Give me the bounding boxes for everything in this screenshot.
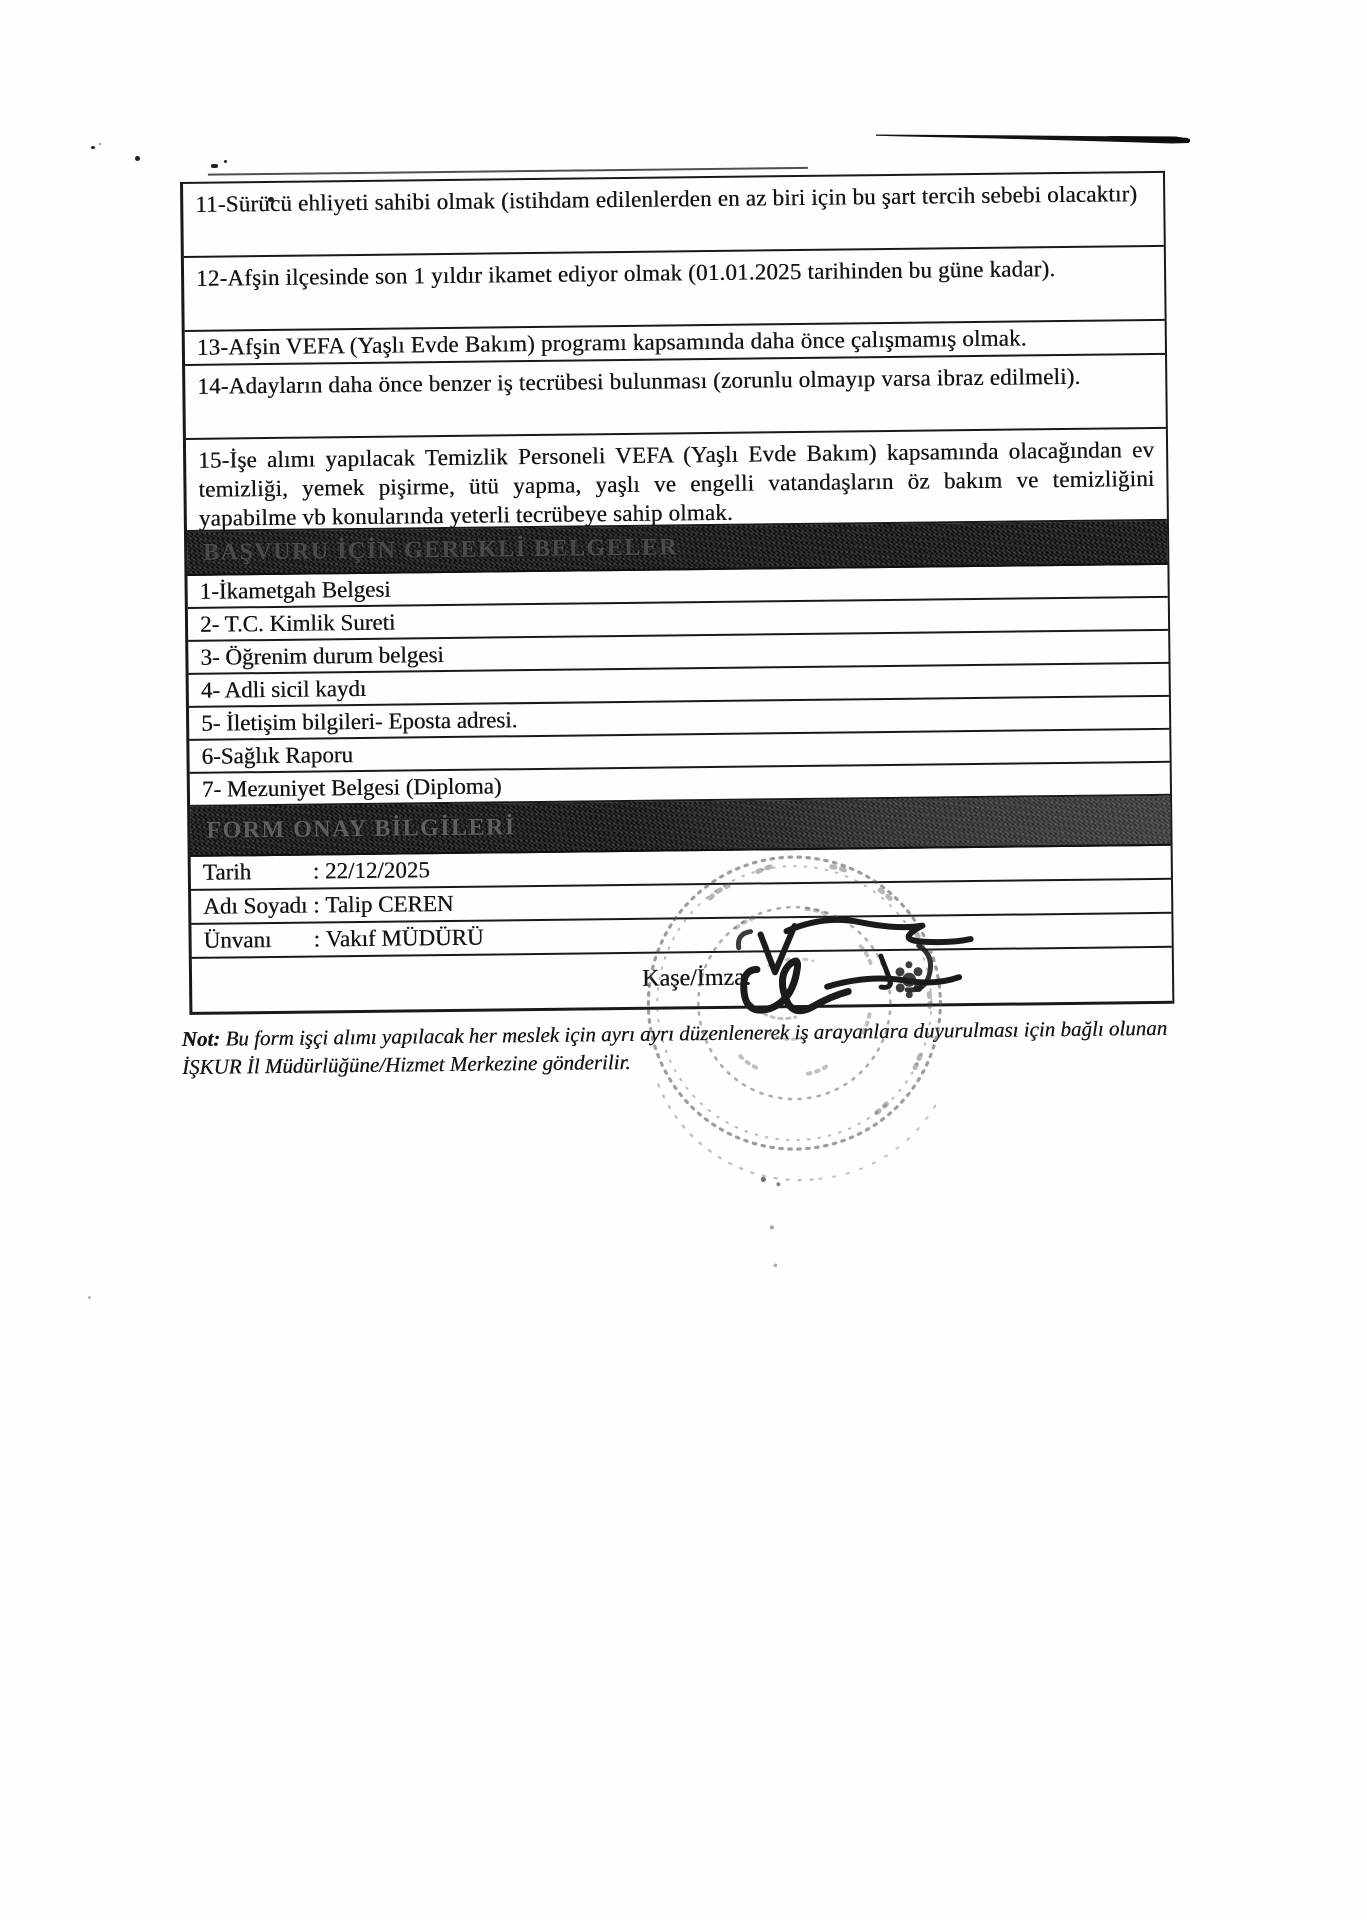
condition-item-15: 15-İşe alımı yapılacak Temizlik Personel… bbox=[186, 429, 1167, 532]
section-header-label: BAŞVURU İÇİN GEREKLİ BELGELER bbox=[203, 534, 678, 566]
scan-streak bbox=[876, 130, 1192, 148]
scan-speck bbox=[224, 160, 227, 163]
section-header-label: FORM ONAY BİLGİLERİ bbox=[206, 814, 516, 845]
field-colon: : bbox=[313, 926, 320, 952]
form-table: 11-Sürücü ehliyeti sahibi olmak (istihda… bbox=[180, 171, 1174, 1015]
scan-echo-line bbox=[208, 167, 808, 176]
field-value-date: 22/12/2025 bbox=[325, 857, 430, 884]
field-value-name: Talip CEREN bbox=[325, 891, 453, 918]
scan-speck bbox=[88, 1296, 91, 1299]
scan-speck bbox=[211, 164, 218, 168]
field-colon: : bbox=[313, 892, 320, 918]
field-label-date: Tarih bbox=[203, 859, 313, 886]
scanned-form-page: { "document": { "conditions": [ "11-Sürü… bbox=[0, 0, 1367, 1920]
footer-note-prefix: Not: bbox=[182, 1027, 221, 1051]
field-value-title: Vakıf MÜDÜRÜ bbox=[326, 925, 484, 953]
condition-item-12: 12-Afşin ilçesinde son 1 yıldır ikamet e… bbox=[184, 247, 1165, 332]
footer-note-text: Bu form işçi alımı yapılacak her meslek … bbox=[182, 1016, 1167, 1079]
field-label-title: Ünvanı bbox=[203, 927, 313, 954]
field-label-name: Adı Soyadı bbox=[203, 893, 313, 920]
field-colon: : bbox=[313, 858, 320, 884]
form-sheet: 11-Sürücü ehliyeti sahibi olmak (istihda… bbox=[180, 171, 1175, 1081]
condition-item-11: 11-Sürücü ehliyeti sahibi olmak (istihda… bbox=[183, 173, 1164, 258]
stamp-signature-row: Kaşe/İmza: bbox=[192, 948, 1173, 1015]
stamp-label: Kaşe/İmza: bbox=[642, 965, 752, 993]
scan-speck bbox=[91, 146, 95, 149]
footer-note: Not: Bu form işçi alımı yapılacak her me… bbox=[182, 1014, 1193, 1081]
scan-speck bbox=[99, 143, 101, 145]
scan-speck bbox=[135, 156, 140, 161]
condition-item-14: 14-Adayların daha önce benzer iş tecrübe… bbox=[185, 355, 1166, 440]
